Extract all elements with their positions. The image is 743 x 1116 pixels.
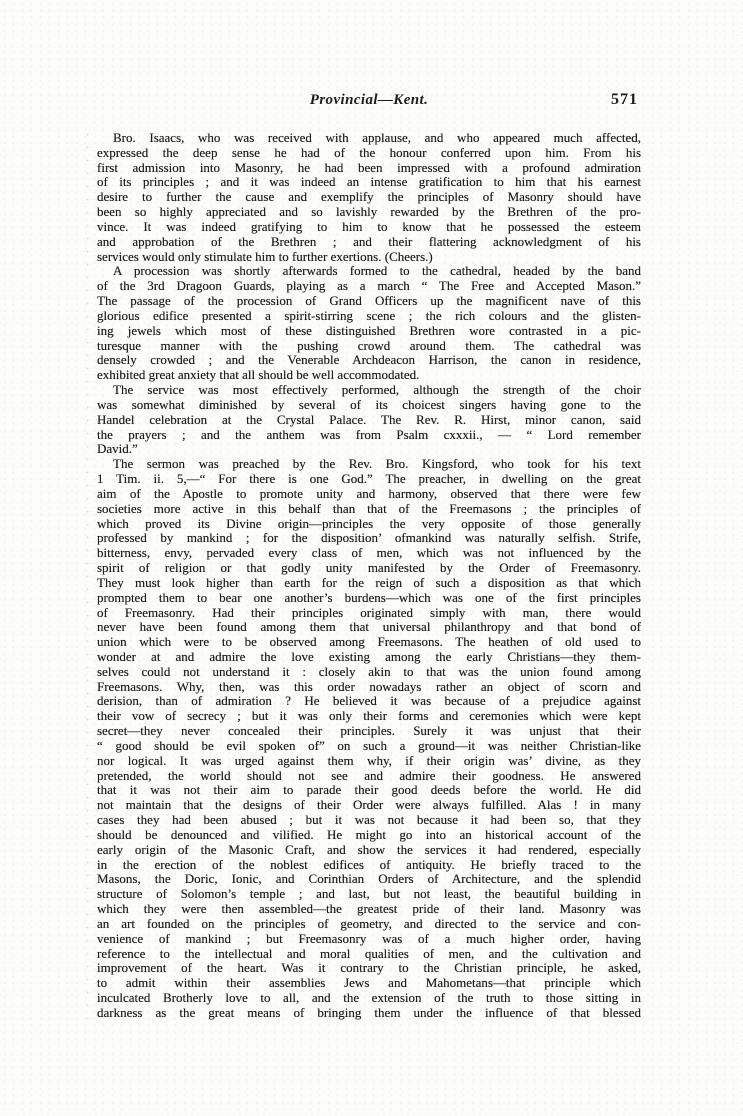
text-line: in the erection of the noblest edifices … — [97, 858, 641, 873]
text-line: vince. It was indeed gratifying to him t… — [97, 220, 641, 235]
scanned-document-page: Provincial—Kent. 571 Bro. Isaacs, who wa… — [0, 0, 743, 1116]
text-line: the prayers ; and the anthem was from Ps… — [97, 428, 641, 443]
text-line: never have been found among them that un… — [97, 620, 641, 635]
text-line: improvement of the heart. Was it contrar… — [97, 961, 641, 976]
text-line: been so highly appreciated and so lavish… — [97, 205, 641, 220]
text-line: 1 Tim. ii. 5,—“ For there is one God.” T… — [97, 472, 641, 487]
scan-gutter-noise — [85, 128, 92, 1020]
text-line: glorious edifice presented a spirit-stir… — [97, 309, 641, 324]
text-line: was somewhat diminished by several of it… — [97, 398, 641, 413]
text-line: of the 3rd Dragoon Guards, playing as a … — [97, 279, 641, 294]
text-line: services would only stimulate him to fur… — [97, 250, 641, 265]
text-line: Handel celebration at the Crystal Palace… — [97, 413, 641, 428]
text-line: early origin of the Masonic Craft, and s… — [97, 843, 641, 858]
text-line: Freemasons. Why, then, was this order no… — [97, 680, 641, 695]
text-line: of Freemasonry. Had their principles ori… — [97, 606, 641, 621]
text-line: reference to the intellectual and moral … — [97, 947, 641, 962]
text-line: They must look higher than earth for the… — [97, 576, 641, 591]
text-line: Bro. Isaacs, who was received with appla… — [97, 131, 641, 146]
text-line: David.” — [97, 442, 641, 457]
text-line: pretended, the world should not see and … — [97, 769, 641, 784]
text-line: derision, than of admiration ? He believ… — [97, 694, 641, 709]
text-line: wonder at and admire the love existing a… — [97, 650, 641, 665]
text-line: inculcated Brotherly love to all, and th… — [97, 991, 641, 1006]
text-line: densely crowded ; and the Venerable Arch… — [97, 353, 641, 368]
text-line: of its principles ; and it was indeed an… — [97, 175, 641, 190]
text-line: turesque manner with the pushing crowd a… — [97, 339, 641, 354]
page-header: Provincial—Kent. 571 — [97, 92, 641, 112]
text-line: cases they had been abused ; but it was … — [97, 813, 641, 828]
text-line: which they were then assembled—the great… — [97, 902, 641, 917]
text-line: venience of mankind ; but Freemasonry wa… — [97, 932, 641, 947]
text-line: ing jewels which most of these distingui… — [97, 324, 641, 339]
text-line: societies more active in this behalf tha… — [97, 502, 641, 517]
text-line: and approbation of the Brethren ; and th… — [97, 235, 641, 250]
text-line: secret—they never concealed their princi… — [97, 724, 641, 739]
text-line: expressed the deep sense he had of the h… — [97, 146, 641, 161]
text-line: exhibited great anxiety that all should … — [97, 368, 641, 383]
page-number: 571 — [611, 91, 638, 109]
text-line: prompted them to bear one another’s burd… — [97, 591, 641, 606]
text-line: The service was most effectively perform… — [97, 383, 641, 398]
running-title: Provincial—Kent. — [97, 92, 641, 109]
text-line: desire to further the cause and exemplif… — [97, 190, 641, 205]
text-line: “ good should be evil spoken of” on such… — [97, 739, 641, 754]
text-line: nor logical. It was urged against them w… — [97, 754, 641, 769]
text-column: Provincial—Kent. 571 Bro. Isaacs, who wa… — [97, 92, 641, 1021]
text-line: selves could not understand it : closely… — [97, 665, 641, 680]
text-line: that it was not their aim to parade thei… — [97, 783, 641, 798]
text-line: first admission into Masonry, he had bee… — [97, 161, 641, 176]
text-line: should be denounced and vilified. He mig… — [97, 828, 641, 843]
text-line: their vow of secrecy ; but it was only t… — [97, 709, 641, 724]
text-line: darkness as the great means of bringing … — [97, 1006, 641, 1021]
text-line: union which were to be observed among Fr… — [97, 635, 641, 650]
text-line: The passage of the procession of Grand O… — [97, 294, 641, 309]
text-line: structure of Solomon’s temple ; and last… — [97, 887, 641, 902]
text-line: A procession was shortly afterwards form… — [97, 264, 641, 279]
text-line: which proved its Divine origin—principle… — [97, 517, 641, 532]
text-line: spirit of religion or that godly unity m… — [97, 561, 641, 576]
text-line: to admit within their assemblies Jews an… — [97, 976, 641, 991]
text-line: The sermon was preached by the Rev. Bro.… — [97, 457, 641, 472]
text-line: Masons, the Doric, Ionic, and Corinthian… — [97, 872, 641, 887]
body-text: Bro. Isaacs, who was received with appla… — [97, 131, 641, 1021]
text-line: professed by mankind ; for the dispositi… — [97, 531, 641, 546]
text-line: bitterness, envy, pervaded every class o… — [97, 546, 641, 561]
text-line: aim of the Apostle to promote unity and … — [97, 487, 641, 502]
text-line: not maintain that the designs of their O… — [97, 798, 641, 813]
text-line: an art founded on the principles of geom… — [97, 917, 641, 932]
